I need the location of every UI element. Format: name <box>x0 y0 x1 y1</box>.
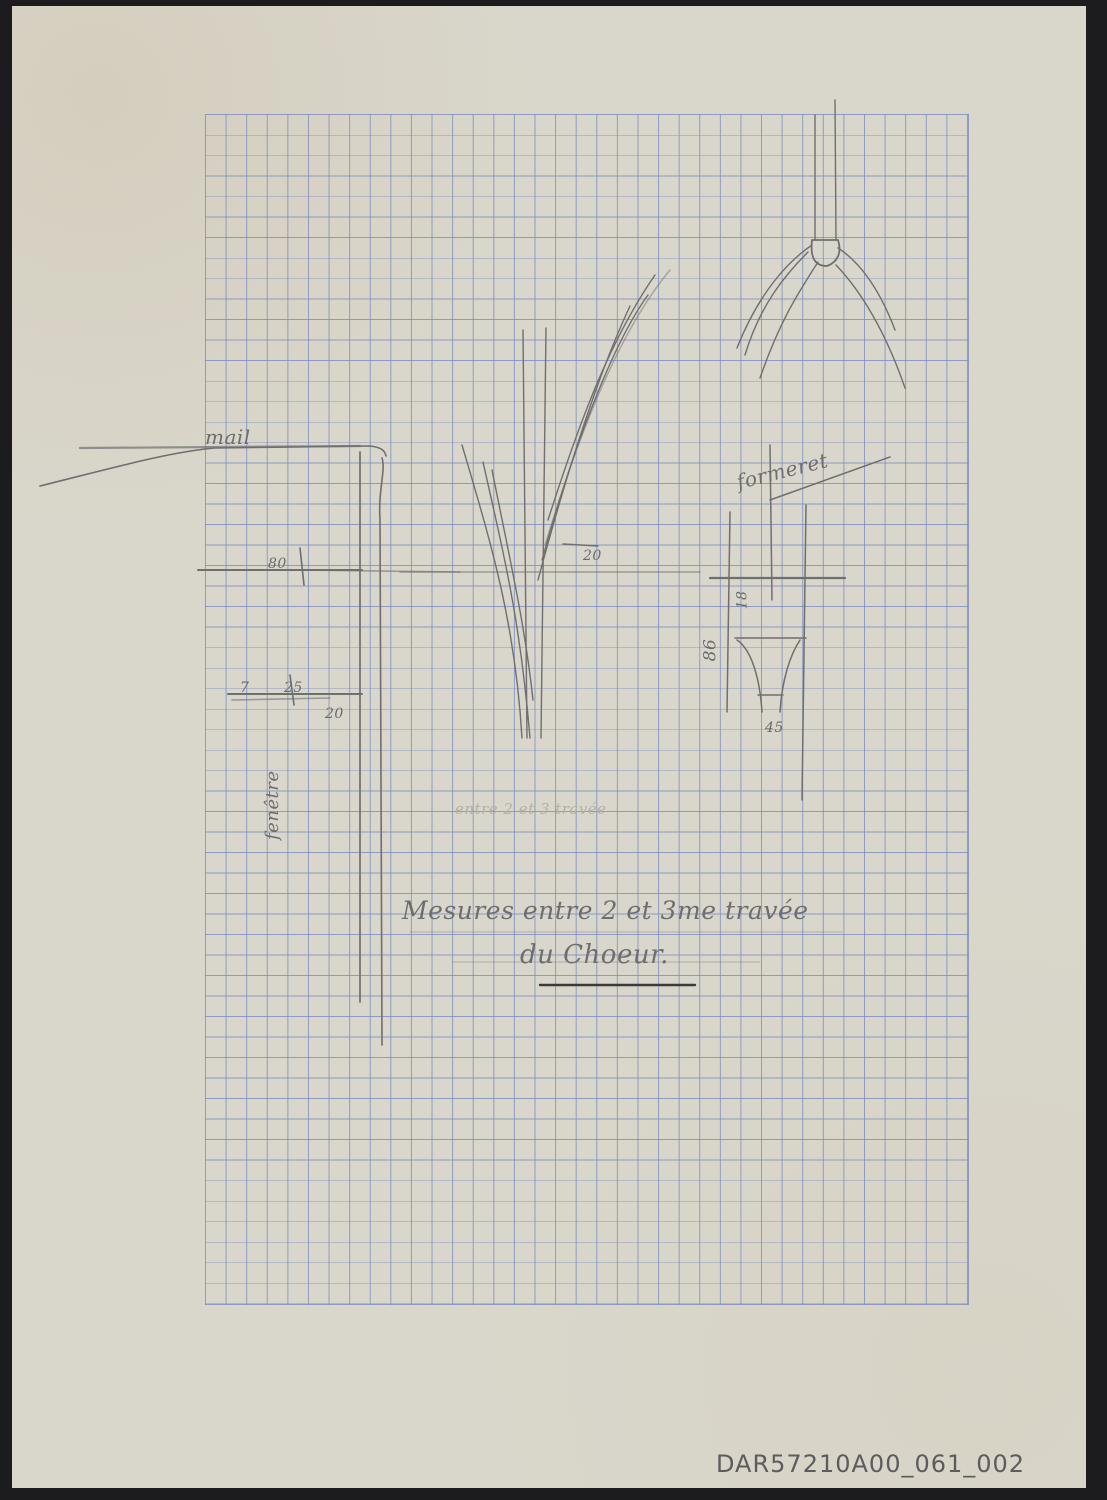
pencil-sketch <box>0 0 1107 1500</box>
formeret-section-sketch <box>710 445 890 800</box>
center-rib-sketch <box>400 270 700 738</box>
keystone-rib-sketch <box>737 100 905 388</box>
dimension-left-mid-a: 7 <box>240 680 249 696</box>
dimension-left-mid-b: 25 <box>284 680 303 696</box>
faint-note: entre 2 et 3 travée <box>455 800 607 818</box>
dimension-left-upper: 80 <box>268 556 287 572</box>
dimension-right-c: 45 <box>765 720 784 736</box>
label-fenetre: fenêtre <box>262 770 283 840</box>
dimension-left-lower: 20 <box>325 706 344 722</box>
caption-line-2: du Choeur. <box>520 940 669 970</box>
dimension-right-b: 86 <box>700 639 720 662</box>
caption-line-1: Mesures entre 2 et 3me travée <box>402 896 809 925</box>
archive-id: DAR57210A00_061_002 <box>716 1450 1025 1478</box>
dimension-right-a: 18 <box>734 591 750 610</box>
dimension-center: 20 <box>583 548 602 564</box>
left-section-sketch <box>40 446 460 1045</box>
label-mail: mail <box>205 425 251 449</box>
